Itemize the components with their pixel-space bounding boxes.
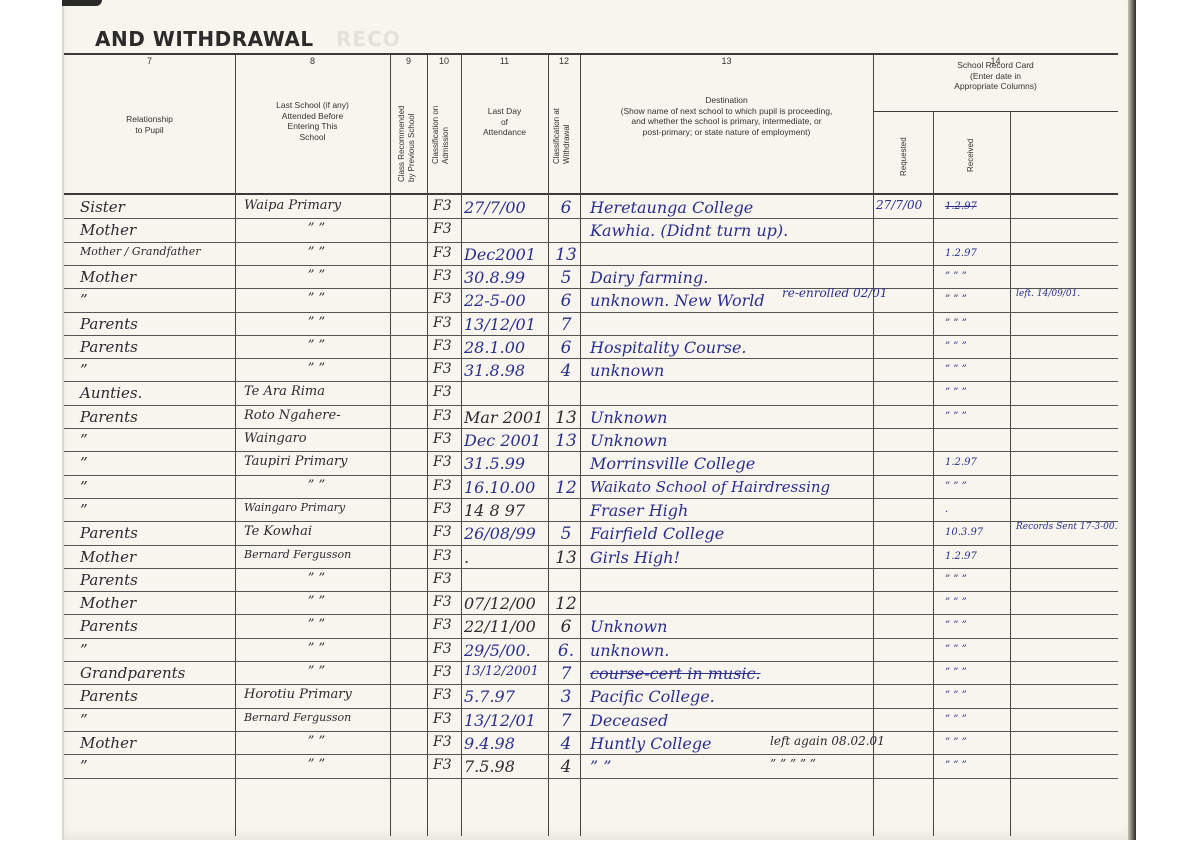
relationship-cell: ” bbox=[80, 711, 230, 729]
requested-date-cell: 27/7/00 bbox=[876, 198, 932, 212]
last-school-cell: ” ” bbox=[244, 617, 389, 632]
class-admission-cell: F3 bbox=[433, 757, 461, 773]
destination-note: re-enrolled 02/01 bbox=[782, 286, 962, 300]
column-divider bbox=[933, 111, 934, 836]
row-rule bbox=[64, 731, 1118, 732]
class-withdrawal-cell: 6 bbox=[552, 198, 580, 218]
last-school-cell: Taupiri Primary bbox=[244, 454, 389, 469]
last-day-cell: 26/08/99 bbox=[464, 524, 548, 543]
row-rule bbox=[64, 778, 1118, 779]
received-date-cell: 1.2.97 bbox=[945, 248, 1009, 259]
received-date-cell: ” ” ” bbox=[945, 760, 1009, 771]
last-school-cell: ” ” bbox=[244, 478, 389, 493]
last-school-cell: Te Ara Rima bbox=[244, 384, 389, 399]
relationship-cell: Mother / Grandfather bbox=[80, 245, 230, 258]
class-admission-cell: F3 bbox=[433, 291, 461, 307]
class-withdrawal-cell: 7 bbox=[552, 315, 580, 335]
destination-cell: unknown. bbox=[590, 641, 870, 660]
last-day-cell: 29/5/00. bbox=[464, 641, 548, 660]
column-divider bbox=[1010, 111, 1011, 836]
class-withdrawal-cell: 4 bbox=[552, 734, 580, 754]
destination-cell: Unknown bbox=[590, 408, 870, 427]
last-school-cell: ” ” bbox=[244, 594, 389, 609]
last-day-cell: 14 8 97 bbox=[464, 501, 548, 520]
received-date-cell: ” ” ” bbox=[945, 714, 1009, 725]
last-school-cell: Roto Ngahere- bbox=[244, 408, 389, 423]
class-admission-cell: F3 bbox=[433, 524, 461, 540]
page-title: AND WITHDRAWAL bbox=[95, 27, 314, 51]
class-withdrawal-cell: 13 bbox=[552, 548, 580, 568]
relationship-cell: Mother bbox=[80, 268, 230, 286]
class-admission-cell: F3 bbox=[433, 734, 461, 750]
relationship-cell: ” bbox=[80, 641, 230, 659]
row-rule bbox=[64, 661, 1118, 662]
class-admission-cell: F3 bbox=[433, 268, 461, 284]
relationship-cell: ” bbox=[80, 454, 230, 472]
last-school-cell: ” ” bbox=[244, 757, 389, 772]
class-admission-cell: F3 bbox=[433, 548, 461, 564]
relationship-cell: Sister bbox=[80, 198, 230, 216]
destination-cell: Waikato School of Hairdressing bbox=[590, 478, 870, 496]
class-admission-cell: F3 bbox=[433, 664, 461, 680]
column-divider bbox=[390, 53, 391, 836]
book-binding bbox=[1128, 0, 1136, 840]
received-date-cell: 1.2.97 bbox=[945, 551, 1009, 562]
row-rule bbox=[64, 638, 1118, 639]
destination-cell: Fairfield College bbox=[590, 524, 870, 543]
class-admission-cell: F3 bbox=[433, 594, 461, 610]
class-withdrawal-cell: 12 bbox=[552, 478, 580, 498]
column-header-label-vertical: Classification at Withdrawal bbox=[552, 108, 571, 164]
last-day-cell: 13/12/01 bbox=[464, 711, 548, 730]
column-header-label-vertical: Class Recommended by Previous School bbox=[397, 106, 416, 182]
last-day-cell: 5.7.97 bbox=[464, 687, 548, 706]
subcolumn-requested-label: Requested bbox=[899, 137, 909, 176]
row-rule bbox=[64, 358, 1118, 359]
destination-cell: Girls High! bbox=[590, 548, 870, 567]
class-admission-cell: F3 bbox=[433, 315, 461, 331]
destination-note: left again 08.02.01 bbox=[770, 734, 950, 748]
class-admission-cell: F3 bbox=[433, 408, 461, 424]
last-day-cell: 9.4.98 bbox=[464, 734, 548, 753]
header-bottom-rule bbox=[64, 193, 1118, 195]
last-day-cell: Dec 2001 bbox=[464, 431, 548, 450]
bleed-through-text: RECO bbox=[336, 27, 401, 51]
row-rule bbox=[64, 405, 1118, 406]
class-withdrawal-cell: 6 bbox=[552, 291, 580, 311]
class-admission-cell: F3 bbox=[433, 338, 461, 354]
destination-cell: Dairy farming. bbox=[590, 268, 870, 287]
row-rule bbox=[64, 381, 1118, 382]
last-day-cell: 16.10.00 bbox=[464, 478, 548, 497]
last-day-cell: 31.8.98 bbox=[464, 361, 548, 380]
column-header-label: Destination (Show name of next school to… bbox=[580, 95, 873, 137]
class-withdrawal-cell: 4 bbox=[552, 361, 580, 381]
class-admission-cell: F3 bbox=[433, 245, 461, 261]
class-admission-cell: F3 bbox=[433, 454, 461, 470]
destination-cell: Heretaunga College bbox=[590, 198, 870, 217]
received-date-cell: ” ” ” bbox=[945, 294, 1009, 305]
received-date-cell: . bbox=[945, 504, 1009, 515]
last-school-cell: ” ” bbox=[244, 361, 389, 376]
row-rule bbox=[64, 614, 1118, 615]
received-date-cell: 1.2.97 bbox=[945, 457, 1009, 468]
last-school-cell: Te Kowhai bbox=[244, 524, 389, 539]
record-card-subrule bbox=[873, 111, 1118, 112]
received-date-cell: ” ” ” bbox=[945, 667, 1009, 678]
class-admission-cell: F3 bbox=[433, 501, 461, 517]
class-withdrawal-cell: 13 bbox=[552, 431, 580, 451]
received-date-cell: ” ” ” bbox=[945, 364, 1009, 375]
row-rule bbox=[64, 545, 1118, 546]
relationship-cell: Parents bbox=[80, 315, 230, 333]
last-school-cell: ” ” bbox=[244, 221, 389, 236]
column-header-label: Relationship to Pupil bbox=[64, 114, 235, 135]
relationship-cell: Parents bbox=[80, 338, 230, 356]
column-divider bbox=[461, 53, 462, 836]
destination-cell: Pacific College. bbox=[590, 687, 870, 706]
column-divider bbox=[580, 53, 581, 836]
destination-cell: Morrinsville College bbox=[590, 454, 870, 473]
header-top-rule bbox=[64, 53, 1118, 55]
relationship-cell: Parents bbox=[80, 408, 230, 426]
last-day-cell: . bbox=[464, 548, 548, 567]
last-school-cell: Waingaro Primary bbox=[244, 501, 389, 514]
last-school-cell: ” ” bbox=[244, 338, 389, 353]
received-date-cell: 10.3.97 bbox=[945, 527, 1009, 538]
received-date-cell: ” ” ” bbox=[945, 481, 1009, 492]
relationship-cell: ” bbox=[80, 361, 230, 379]
class-admission-cell: F3 bbox=[433, 221, 461, 237]
column-divider bbox=[548, 53, 549, 836]
last-day-cell: 13/12/01 bbox=[464, 315, 548, 334]
class-admission-cell: F3 bbox=[433, 711, 461, 727]
row-rule bbox=[64, 708, 1118, 709]
last-day-cell: 07/12/00 bbox=[464, 594, 548, 613]
column-number: 10 bbox=[424, 56, 464, 66]
received-date-cell: 1.2.97 bbox=[945, 201, 1009, 212]
relationship-cell: Aunties. bbox=[80, 384, 230, 402]
received-date-cell: ” ” ” bbox=[945, 737, 1009, 748]
relationship-cell: ” bbox=[80, 291, 230, 309]
relationship-cell: Parents bbox=[80, 687, 230, 705]
column-number: 13 bbox=[707, 56, 747, 66]
relationship-cell: Mother bbox=[80, 548, 230, 566]
row-rule bbox=[64, 265, 1118, 266]
class-admission-cell: F3 bbox=[433, 641, 461, 657]
class-admission-cell: F3 bbox=[433, 617, 461, 633]
row-rule bbox=[64, 498, 1118, 499]
last-school-cell: ” ” bbox=[244, 291, 389, 306]
row-rule bbox=[64, 451, 1118, 452]
row-rule bbox=[64, 521, 1118, 522]
row-rule bbox=[64, 568, 1118, 569]
relationship-cell: Parents bbox=[80, 524, 230, 542]
received-date-cell: ” ” ” bbox=[945, 574, 1009, 585]
page-corner bbox=[62, 0, 102, 6]
destination-cell: unknown bbox=[590, 361, 870, 380]
relationship-cell: Parents bbox=[80, 571, 230, 589]
column-divider bbox=[235, 53, 236, 836]
column-header-label: Last School (if any) Attended Before Ent… bbox=[235, 100, 390, 142]
row-rule bbox=[64, 242, 1118, 243]
record-note: Records Sent 17-3-00. bbox=[1016, 522, 1118, 532]
class-withdrawal-cell: 6 bbox=[552, 338, 580, 358]
class-withdrawal-cell: 6. bbox=[552, 641, 580, 661]
class-admission-cell: F3 bbox=[433, 687, 461, 703]
last-school-cell: Waingaro bbox=[244, 431, 389, 446]
received-date-cell: ” ” ” bbox=[945, 690, 1009, 701]
relationship-cell: Mother bbox=[80, 221, 230, 239]
received-date-cell: ” ” ” bbox=[945, 411, 1009, 422]
received-date-cell: ” ” ” bbox=[945, 597, 1009, 608]
last-school-cell: ” ” bbox=[244, 245, 389, 260]
received-date-cell: ” ” ” bbox=[945, 387, 1009, 398]
relationship-cell: Grandparents bbox=[80, 664, 230, 682]
class-admission-cell: F3 bbox=[433, 571, 461, 587]
row-rule bbox=[64, 684, 1118, 685]
row-rule bbox=[64, 312, 1118, 313]
relationship-cell: Parents bbox=[80, 617, 230, 635]
last-day-cell: 31.5.99 bbox=[464, 454, 548, 473]
column-number: 9 bbox=[389, 56, 429, 66]
subcolumn-received-label: Received bbox=[966, 139, 976, 172]
destination-note: ” ” ” ” ” bbox=[770, 757, 950, 771]
class-withdrawal-cell: 4 bbox=[552, 757, 580, 777]
class-admission-cell: F3 bbox=[433, 361, 461, 377]
class-withdrawal-cell: 7 bbox=[552, 711, 580, 731]
column-number: 11 bbox=[485, 56, 525, 66]
last-school-cell: ” ” bbox=[244, 641, 389, 656]
last-school-cell: Horotiu Primary bbox=[244, 687, 389, 702]
relationship-cell: Mother bbox=[80, 594, 230, 612]
last-day-cell: 13/12/2001 bbox=[464, 664, 548, 679]
class-withdrawal-cell: 12 bbox=[552, 594, 580, 614]
received-date-cell: ” ” ” bbox=[945, 620, 1009, 631]
last-day-cell: 22/11/00 bbox=[464, 617, 548, 636]
column-header-label-vertical: Classification on Admission bbox=[431, 106, 450, 164]
destination-cell: Unknown bbox=[590, 431, 870, 450]
column-divider bbox=[873, 53, 874, 836]
row-rule bbox=[64, 591, 1118, 592]
relationship-cell: ” bbox=[80, 501, 230, 519]
record-note: left. 14/09/01. bbox=[1016, 289, 1118, 299]
relationship-cell: ” bbox=[80, 478, 230, 496]
column-header-label: School Record Card (Enter date in Approp… bbox=[873, 60, 1118, 92]
received-date-cell: ” ” ” bbox=[945, 271, 1009, 282]
received-date-cell: ” ” ” bbox=[945, 341, 1009, 352]
destination-cell: Deceased bbox=[590, 711, 870, 730]
column-number: 7 bbox=[130, 56, 170, 66]
destination-cell: Kawhia. (Didnt turn up). bbox=[590, 221, 870, 240]
column-header-label: Last Day of Attendance bbox=[461, 106, 548, 138]
last-school-cell: ” ” bbox=[244, 664, 389, 679]
last-day-cell: 30.8.99 bbox=[464, 268, 548, 287]
class-withdrawal-cell: 5 bbox=[552, 268, 580, 288]
class-admission-cell: F3 bbox=[433, 478, 461, 494]
class-withdrawal-cell: 6 bbox=[552, 617, 580, 637]
column-number: 12 bbox=[544, 56, 584, 66]
relationship-cell: ” bbox=[80, 757, 230, 775]
destination-cell: course-cert in music. bbox=[590, 664, 870, 683]
column-divider bbox=[427, 53, 428, 836]
last-day-cell: 27/7/00 bbox=[464, 198, 548, 217]
last-school-cell: Waipa Primary bbox=[244, 198, 389, 213]
received-date-cell: ” ” ” bbox=[945, 644, 1009, 655]
row-rule bbox=[64, 218, 1118, 219]
class-admission-cell: F3 bbox=[433, 384, 461, 400]
last-day-cell: 7.5.98 bbox=[464, 757, 548, 776]
row-rule bbox=[64, 754, 1118, 755]
received-date-cell: ” ” ” bbox=[945, 318, 1009, 329]
destination-cell: Fraser High bbox=[590, 501, 870, 520]
last-school-cell: Bernard Fergusson bbox=[244, 548, 389, 561]
relationship-cell: ” bbox=[80, 431, 230, 449]
column-number: 8 bbox=[293, 56, 333, 66]
last-day-cell: Dec2001 bbox=[464, 245, 548, 264]
class-withdrawal-cell: 5 bbox=[552, 524, 580, 544]
class-withdrawal-cell: 13 bbox=[552, 408, 580, 428]
class-withdrawal-cell: 7 bbox=[552, 664, 580, 684]
class-withdrawal-cell: 13 bbox=[552, 245, 580, 265]
last-day-cell: 28.1.00 bbox=[464, 338, 548, 357]
last-school-cell: ” ” bbox=[244, 268, 389, 283]
class-admission-cell: F3 bbox=[433, 431, 461, 447]
destination-cell: Hospitality Course. bbox=[590, 338, 870, 357]
last-day-cell: 22-5-00 bbox=[464, 291, 548, 310]
last-school-cell: ” ” bbox=[244, 571, 389, 586]
last-school-cell: ” ” bbox=[244, 734, 389, 749]
last-school-cell: ” ” bbox=[244, 315, 389, 330]
relationship-cell: Mother bbox=[80, 734, 230, 752]
row-rule bbox=[64, 475, 1118, 476]
class-withdrawal-cell: 3 bbox=[552, 687, 580, 707]
destination-cell: Unknown bbox=[590, 617, 870, 636]
row-rule bbox=[64, 428, 1118, 429]
last-school-cell: Bernard Fergusson bbox=[244, 711, 389, 724]
last-day-cell: Mar 2001 bbox=[464, 408, 548, 427]
row-rule bbox=[64, 335, 1118, 336]
class-admission-cell: F3 bbox=[433, 198, 461, 214]
